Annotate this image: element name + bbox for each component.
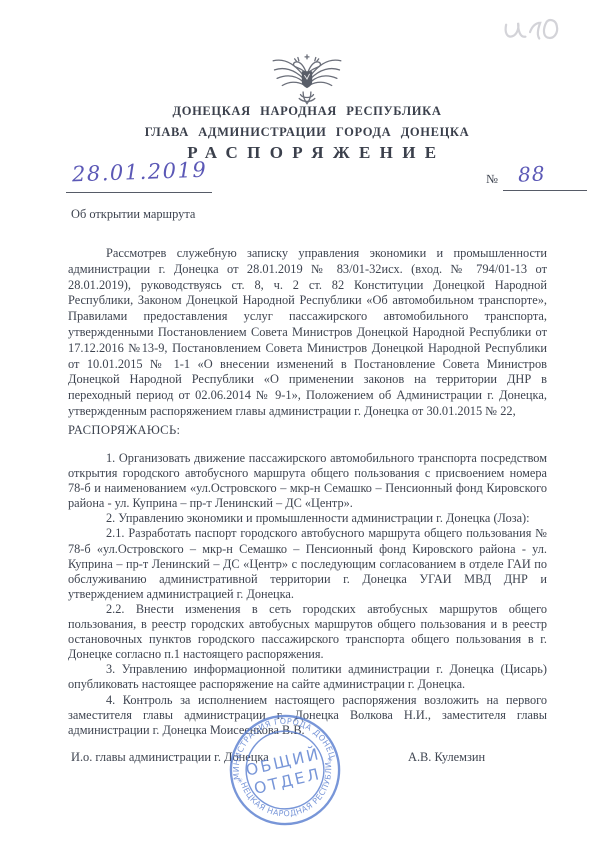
org-name-line1: ДОНЕЦКАЯ НАРОДНАЯ РЕСПУБЛИКА [0,104,614,119]
document-page: ДОНЕЦКАЯ НАРОДНАЯ РЕСПУБЛИКА ГЛАВА АДМИН… [0,0,614,853]
subject-line: Об открытии маршрута [71,207,195,222]
preamble-paragraph: Рассмотрев служебную записку управления … [68,246,547,420]
order-item-3: 3. Управлению информационной политики ад… [68,662,547,692]
order-item-1: 1. Организовать движение пассажирского а… [68,451,547,511]
order-item-2: 2. Управлению экономики и промышленности… [68,511,547,526]
resolve-heading: РАСПОРЯЖАЮСЬ: [68,423,180,438]
order-item-2-1: 2.1. Разработать паспорт городского авто… [68,526,547,601]
signer-name: А.В. Кулемзин [408,750,485,765]
stamp-separator-left-icon: ✳ [236,776,244,785]
pencil-scribble-icon [500,10,584,61]
number-handwritten: 88 [517,161,546,186]
order-items: 1. Организовать движение пассажирского а… [68,451,547,738]
number-underline [503,190,587,191]
number-field: № 88 [486,162,606,192]
official-stamp: АДМИНИСТРАЦИЯ ГОРОДА ДОНЕЦКА ДОНЕЦКАЯ НА… [226,711,344,834]
org-name-line2: ГЛАВА АДМИНИСТРАЦИИ ГОРОДА ДОНЕЦКА [0,125,614,140]
date-field: 28.01.2019 [66,158,212,193]
number-sign-label: № [486,172,498,187]
date-handwritten: 28.01.2019 [72,158,208,187]
order-item-2-2: 2.2. Внести изменения в сеть городских а… [68,602,547,662]
